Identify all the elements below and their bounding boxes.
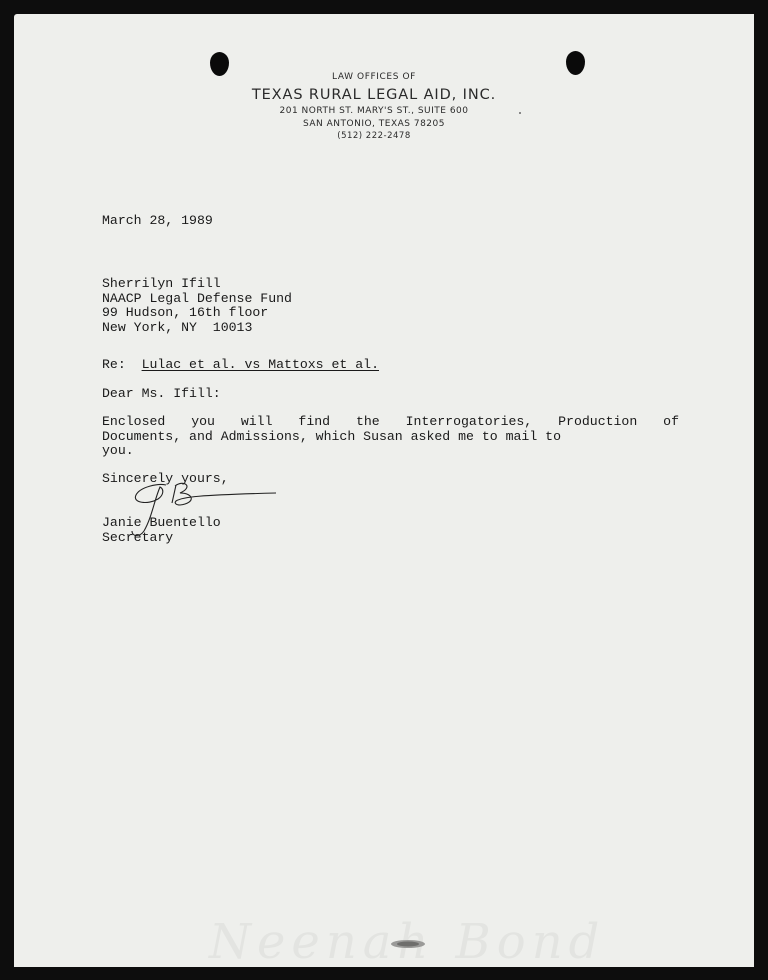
letter-date: March 28, 1989 xyxy=(102,214,213,229)
letterhead-prefix: LAW OFFICES OF xyxy=(0,72,754,82)
re-line: Re: Lulac et al. vs Mattoxs et al. xyxy=(102,358,379,373)
salutation: Dear Ms. Ifill: xyxy=(102,387,221,402)
recipient-name: Sherrilyn Ifill xyxy=(102,277,292,292)
re-label: Re: xyxy=(102,357,126,372)
firm-address-line2: SAN ANTONIO, TEXAS 78205 xyxy=(0,118,754,131)
letter-page: LAW OFFICES OF TEXAS RURAL LEGAL AID, IN… xyxy=(14,14,754,967)
recipient-city: New York, NY 10013 xyxy=(102,321,292,336)
body-line-1: Enclosed you will find the Interrogatori… xyxy=(102,415,679,430)
recipient-organization: NAACP Legal Defense Fund xyxy=(102,292,292,307)
recipient-address: Sherrilyn IfillNAACP Legal Defense Fund9… xyxy=(102,277,292,336)
paper-speck xyxy=(519,112,521,114)
re-subject: Lulac et al. vs Mattoxs et al. xyxy=(142,357,379,372)
firm-phone: (512) 222-2478 xyxy=(0,130,754,142)
signer-block: Janie BuentelloSecretary xyxy=(102,516,221,545)
recipient-street: 99 Hudson, 16th floor xyxy=(102,306,292,321)
body-continuation: Documents, and Admissions, which Susan a… xyxy=(102,430,679,459)
signer-title: Secretary xyxy=(102,531,221,546)
letter-body: Enclosed you will find the Interrogatori… xyxy=(102,415,679,459)
signer-name: Janie Buentello xyxy=(102,516,221,531)
watermark-seal-icon xyxy=(390,939,426,949)
firm-name: TEXAS RURAL LEGAL AID, INC. xyxy=(0,87,754,103)
letterhead: LAW OFFICES OF TEXAS RURAL LEGAL AID, IN… xyxy=(14,72,754,142)
firm-address-line1: 201 NORTH ST. MARY'S ST., SUITE 600 xyxy=(0,105,754,118)
